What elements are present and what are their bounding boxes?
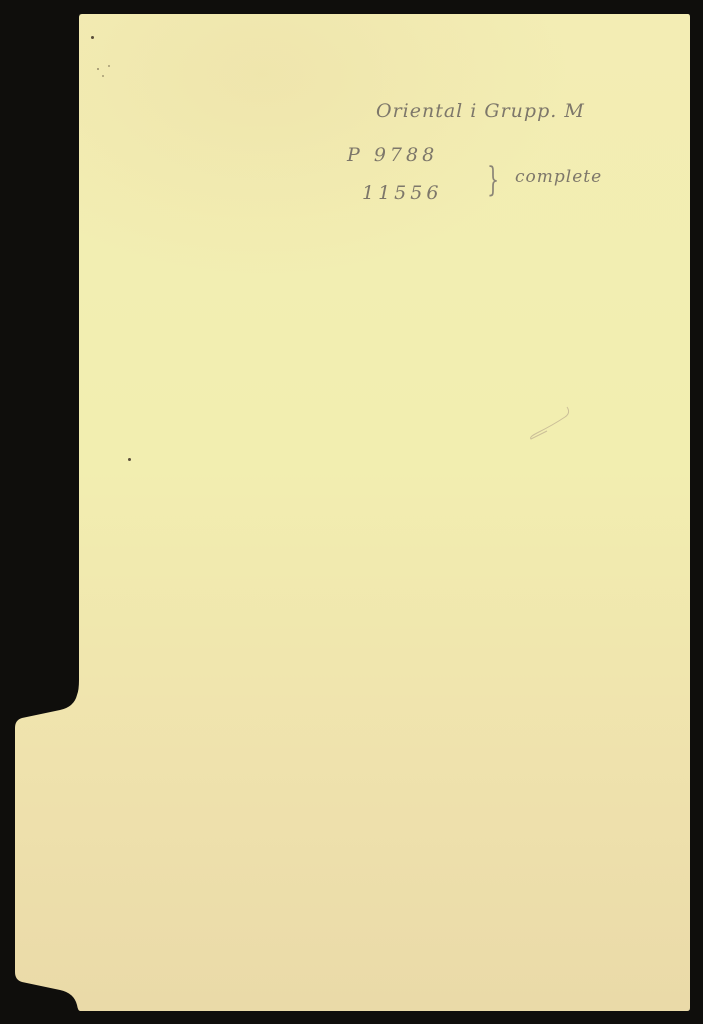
annotation-brace: } <box>487 160 499 200</box>
annotation-number: 11556 <box>362 182 442 204</box>
annotation-p-number: P 9788 <box>347 144 438 166</box>
pencil-mark <box>525 405 575 445</box>
annotation-complete: complete <box>515 167 602 187</box>
ink-speck <box>108 65 110 67</box>
ink-speck <box>97 68 99 70</box>
ink-speck <box>91 36 94 39</box>
ink-speck <box>128 458 131 461</box>
ink-speck <box>102 75 104 77</box>
annotation-oriental-group: Oriental i Grupp. M <box>376 100 585 122</box>
